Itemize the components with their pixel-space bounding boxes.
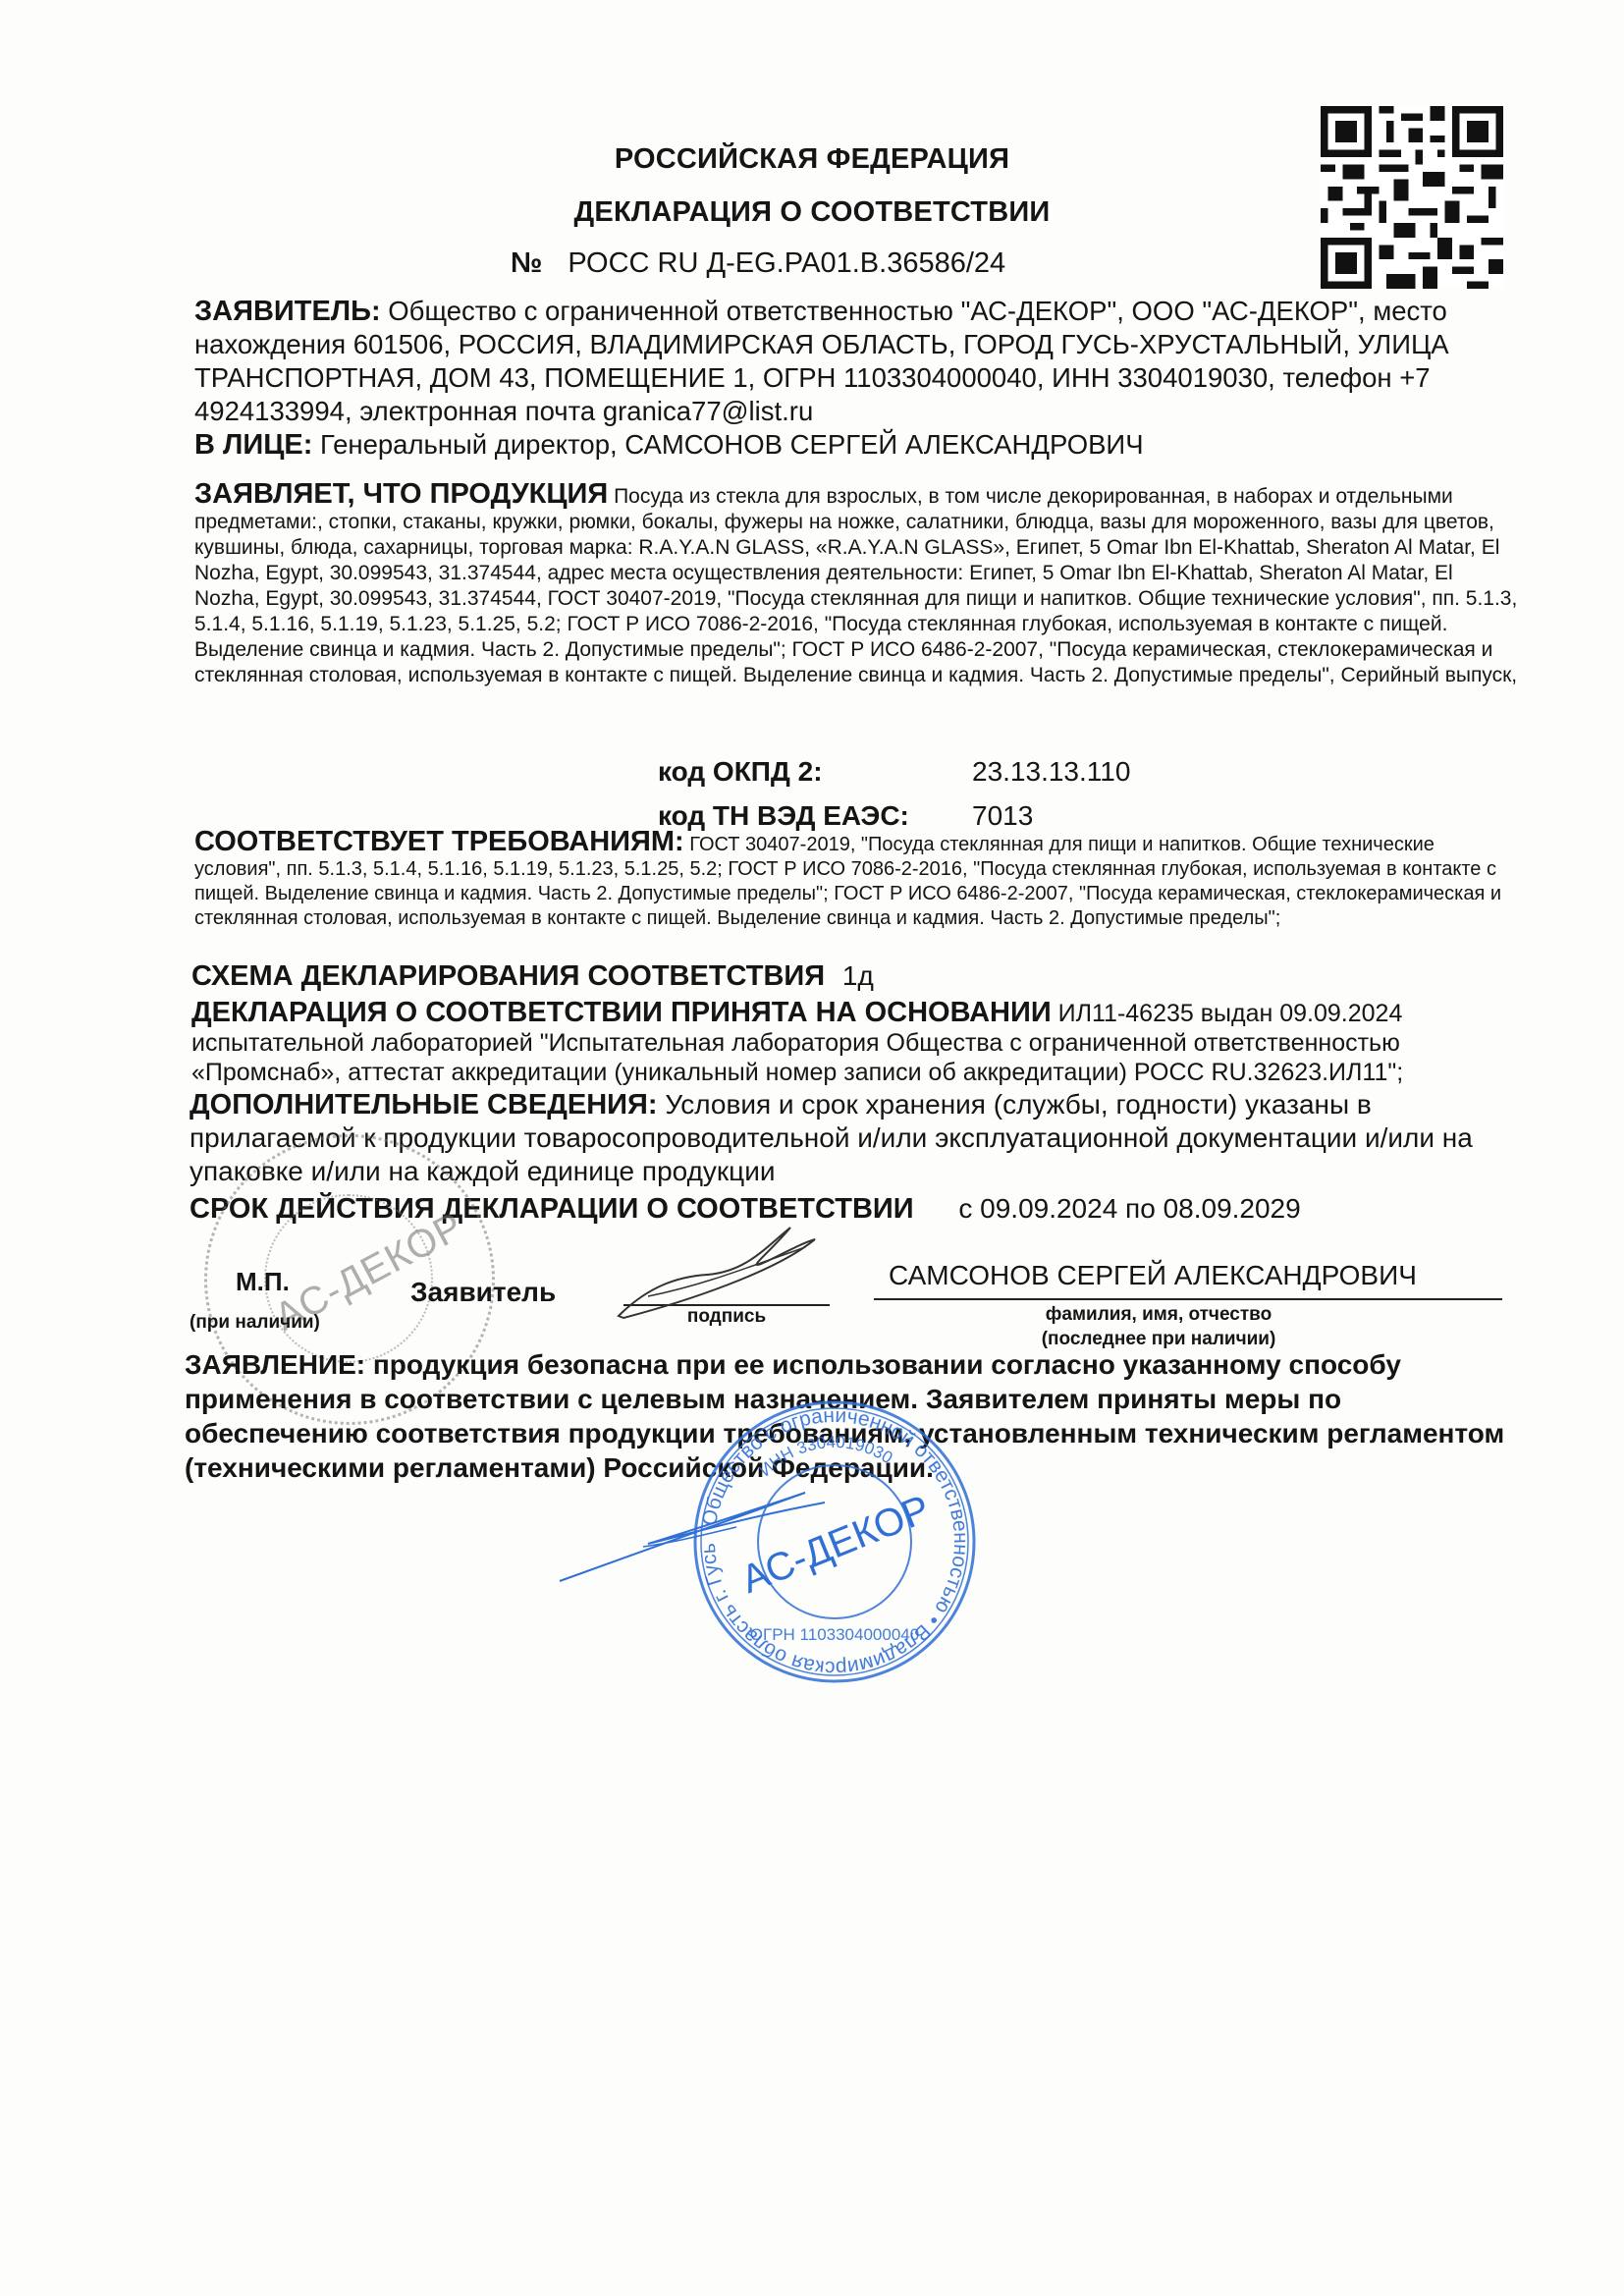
okpd-value: 23.13.13.110: [972, 756, 1130, 787]
product-block: ЗАЯВЛЯЕТ, ЧТО ПРОДУКЦИЯ Посуда из стекла…: [194, 481, 1520, 688]
product-label: ЗАЯВЛЯЕТ, ЧТО ПРОДУКЦИЯ: [194, 478, 608, 510]
basis-block: ДЕКЛАРАЦИЯ О СООТВЕТСТВИИ ПРИНЯТА НА ОСН…: [191, 998, 1517, 1087]
applicant-sign-label: Заявитель: [410, 1277, 556, 1308]
statement-label: ЗАЯВЛЕНИЕ:: [185, 1349, 365, 1380]
tnved-label: код ТН ВЭД ЕАЭС:: [658, 800, 972, 832]
requirements-block: СООТВЕТСТВУЕТ ТРЕБОВАНИЯМ: ГОСТ 30407-20…: [194, 830, 1520, 931]
scheme-label: СХЕМА ДЕКЛАРИРОВАНИЯ СООТВЕТСТВИЯ: [191, 960, 825, 992]
number-sign: №: [511, 247, 542, 279]
tnved-value: 7013: [972, 800, 1033, 831]
requirements-label: СООТВЕТСТВУЕТ ТРЕБОВАНИЯМ:: [194, 826, 684, 857]
signer-full-name: САМСОНОВ СЕРГЕЙ АЛЕКСАНДРОВИЧ: [889, 1260, 1417, 1291]
product-text: Посуда из стекла для взрослых, в том чис…: [194, 485, 1517, 686]
name-line: [874, 1298, 1502, 1300]
header-country: РОССИЙСКАЯ ФЕДЕРАЦИЯ: [0, 143, 1624, 176]
person-text: Генеральный директор, САМСОНОВ СЕРГЕЙ АЛ…: [320, 429, 1144, 460]
applicant-label: ЗАЯВИТЕЛЬ:: [194, 296, 381, 327]
name-caption-1: фамилия, имя, отчество: [1011, 1304, 1306, 1326]
applicant-text: Общество с ограниченной ответственностью…: [194, 296, 1449, 426]
okpd-label: код ОКПД 2:: [658, 756, 972, 788]
seal-ogrn: ОГРН 1103304000040: [750, 1625, 919, 1644]
okpd-code-row: код ОКПД 2:23.13.13.110: [658, 756, 1130, 788]
blue-signature-icon: [550, 1473, 844, 1591]
scheme-row: СХЕМА ДЕКЛАРИРОВАНИЯ СООТВЕТСТВИЯ 1д: [191, 960, 874, 993]
basis-label: ДЕКЛАРАЦИЯ О СООТВЕТСТВИИ ПРИНЯТА НА ОСН…: [191, 997, 1052, 1028]
signature-caption: подпись: [658, 1306, 795, 1328]
doc-number-line: №РОСС RU Д-EG.РА01.В.36586/24: [511, 247, 1005, 280]
applicant-block: ЗАЯВИТЕЛЬ: Общество с ограниченной ответ…: [194, 295, 1520, 462]
scheme-value: 1д: [842, 960, 874, 991]
person-label: В ЛИЦЕ:: [194, 429, 312, 461]
tnved-code-row: код ТН ВЭД ЕАЭС:7013: [658, 800, 1033, 832]
additional-label: ДОПОЛНИТЕЛЬНЫЕ СВЕДЕНИЯ:: [189, 1089, 658, 1121]
header-doc-type: ДЕКЛАРАЦИЯ О СООТВЕТСТВИИ: [0, 196, 1624, 229]
mp-label: М.П.: [236, 1267, 290, 1297]
validity-value: с 09.09.2024 по 08.09.2029: [958, 1193, 1300, 1224]
mp-note: (при наличии): [189, 1312, 320, 1334]
doc-number: РОСС RU Д-EG.РА01.В.36586/24: [568, 247, 1005, 279]
